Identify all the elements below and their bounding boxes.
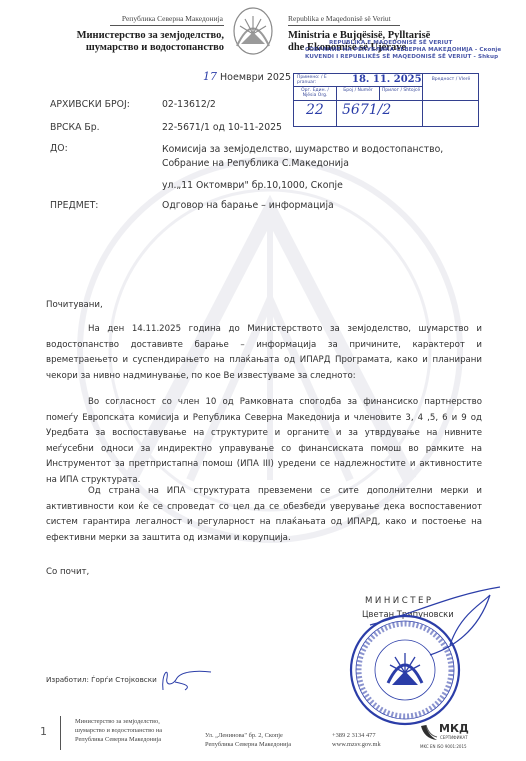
archive-number-label: АРХИВСКИ БРОЈ:: [50, 99, 130, 110]
paragraph-1: На ден 14.11.2025 година до Министерство…: [46, 322, 482, 384]
footer-org-line1: Министерство за земјоделство,: [75, 717, 162, 726]
letter-date: 17 Ноември 2025: [203, 70, 291, 83]
footer-org-line3: Република Северна Македонија: [75, 735, 162, 744]
stamp-col1-label: Орг. Един. / Njësia Org.: [295, 88, 335, 98]
cert-logo-sub: СЕРТИФИКАТ: [440, 735, 468, 740]
stamp-col2-label: Број / Numër: [337, 88, 379, 93]
header-country-al: Republika e Maqedonisë së Veriut: [288, 14, 391, 23]
handwritten-day: 17: [203, 70, 217, 83]
stamp-line4: KUVENDI I REPUBLIKËS SË MAQEDONISË SË VE…: [305, 54, 501, 61]
coat-of-arms-emblem-icon: [232, 6, 274, 56]
paragraph-3: Од страна на ИПА структурата превземени …: [46, 484, 482, 546]
recipient-line2: Собрание на Република С.Македонија: [162, 157, 443, 171]
header-rule-left: [110, 25, 224, 26]
footer-address: Ул. „Ленинова" бр. 2, Скопје Република С…: [205, 731, 291, 749]
certification-logo: МКД СЕРТИФИКАТ MKC EN ISO 9001:2015: [420, 722, 480, 752]
stamp-divider-2: [294, 100, 478, 101]
paragraph-2: Во согласност со член 10 од Рамковната с…: [46, 395, 482, 489]
greeting: Почитувани,: [46, 298, 103, 314]
stamp-col3-label: Прилог / Shtojcë: [380, 88, 422, 93]
cert-swoosh-icon: [420, 724, 438, 742]
footer-organization: Министерство за земјоделство, шумарство …: [75, 717, 162, 744]
footer-phone: +389 2 3134 477: [332, 731, 381, 740]
header-ministry-mk: Министерство за земјоделство, шумарство …: [70, 30, 224, 54]
stamp-col1-value: 22: [306, 102, 324, 118]
archive-number-value: 02-13612/2: [162, 99, 216, 110]
subject-label: ПРЕДМЕТ:: [50, 200, 98, 211]
header-rule-right: [288, 25, 400, 26]
date-month-year: Ноември 2025: [220, 72, 291, 83]
stamp-line2: REPUBLIKA E MAQEDONISË SË VERIUT: [305, 40, 501, 47]
footer-org-line2: шумарство и водостопанство на: [75, 726, 162, 735]
page-number: 1: [40, 725, 47, 738]
footer-divider: [60, 716, 61, 750]
subject-value: Одговор на барање – информација: [162, 200, 334, 211]
stamp-received-label: Примено: / E pranuar:: [297, 75, 337, 85]
footer-address-line2: Република Северна Македонија: [205, 740, 291, 749]
recipient-label: ДО:: [50, 143, 68, 154]
reception-stamp-box: Примено: / E pranuar: 18. 11. 2025 Орг. …: [293, 73, 479, 127]
ministry-mk-line2: шумарство и водостопанство: [70, 42, 224, 54]
reference-value: 22-5671/1 од 10-11-2025: [162, 122, 282, 133]
recipient-address: ул.„11 Октомври" бр.10,1000, Скопје: [162, 180, 343, 191]
stamp-received-date: 18. 11. 2025: [352, 74, 422, 85]
recipient-line1: Комисија за земјоделство, шумарство и во…: [162, 143, 443, 157]
header-country-mk: Република Северна Македонија: [118, 14, 223, 23]
prepared-by: Изработил: Ѓорѓи Стојковски: [46, 675, 157, 684]
official-seal-and-signature-icon: [330, 585, 520, 735]
footer-website[interactable]: www.mzsv.gov.mk: [332, 740, 381, 749]
cert-logo-text: МКД: [439, 722, 469, 735]
stamp-col2-value: 5671/2: [342, 102, 391, 118]
cert-standard: MKC EN ISO 9001:2015: [420, 744, 467, 749]
reception-stamp-header: REPUBLIKA E MAQEDONISË SË VERIUT СОБРАНИ…: [305, 40, 501, 62]
stamp-divider: [294, 86, 422, 87]
footer-address-line1: Ул. „Ленинова" бр. 2, Скопје: [205, 731, 291, 740]
reference-label: ВРСКА Бр.: [50, 122, 100, 133]
stamp-col4-label: Вредност / Vlerë: [424, 77, 478, 82]
prepared-by-signature-icon: [155, 664, 215, 694]
closing: Со почит,: [46, 565, 89, 581]
recipient-value: Комисија за земјоделство, шумарство и во…: [162, 143, 443, 171]
ministry-mk-line1: Министерство за земјоделство,: [70, 30, 224, 42]
footer-contact: +389 2 3134 477 www.mzsv.gov.mk: [332, 731, 381, 749]
